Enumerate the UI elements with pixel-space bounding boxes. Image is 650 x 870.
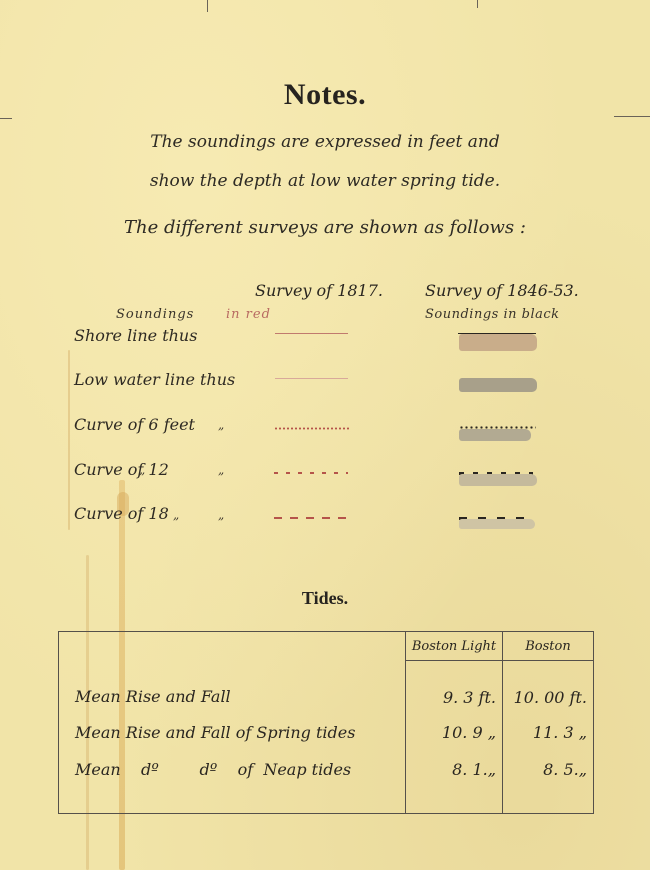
soundings-1817-note: in red (226, 307, 271, 322)
tides-value-boston-light: 10. 9 „ (406, 717, 503, 747)
soundings-1846-note: Soundings in black (425, 307, 560, 322)
ditto-mark: „ (173, 508, 179, 522)
ditto-mark: „ (139, 463, 145, 477)
ditto-mark: „ (218, 508, 224, 522)
table-row: Mean dº dº of Neap tides 8. 1.„ 8. 5.„ (59, 747, 594, 813)
tides-header-blank (59, 632, 406, 661)
tides-value-boston: 11. 3 „ (503, 717, 594, 747)
margin-tick-top-right (477, 0, 478, 8)
soundings-label: Soundings (116, 307, 194, 322)
legend-label-curve-12: Curve of 12 (74, 460, 169, 479)
legend-1846-low-water-wash (459, 378, 537, 392)
legend-label-shore-line: Shore line thus (74, 326, 197, 345)
legend-1817-curve-6 (274, 427, 350, 430)
legend-label-curve-6: Curve of 6 feet (74, 415, 195, 434)
intro-line-2: show the depth at low water spring tide. (0, 171, 650, 191)
notes-title: Notes. (0, 78, 650, 112)
table-row: Mean Rise and Fall of Spring tides 10. 9… (59, 717, 594, 747)
tides-value-boston: 10. 00 ft. (503, 661, 594, 718)
margin-tick-top-left (207, 0, 208, 12)
water-stain (68, 350, 70, 530)
legend-1846-shore-wash (459, 334, 537, 351)
tides-value-boston-light: 9. 3 ft. (406, 661, 503, 718)
column-header-survey-1817: Survey of 1817. (255, 281, 383, 300)
ditto-mark: „ (218, 418, 224, 432)
intro-line-3: The different surveys are shown as follo… (0, 217, 650, 238)
tides-title: Tides. (0, 588, 650, 609)
tides-header-row: Boston Light Boston (59, 632, 594, 661)
tides-row-label: Mean Rise and Fall of Spring tides (59, 717, 406, 747)
margin-tick-right (614, 116, 650, 117)
column-header-survey-1846: Survey of 1846-53. (425, 281, 579, 300)
legend-label-low-water-line: Low water line thus (74, 370, 235, 389)
tides-header-boston-light: Boston Light (406, 632, 503, 661)
legend-1846-curve-18-wash (459, 519, 535, 529)
intro-line-1: The soundings are expressed in feet and (0, 132, 650, 152)
tides-value-boston: 8. 5.„ (503, 747, 594, 813)
legend-1817-curve-18 (274, 517, 348, 519)
tides-table: Boston Light Boston Mean Rise and Fall 9… (58, 631, 594, 814)
tides-row-label: Mean dº dº of Neap tides (59, 747, 406, 813)
legend-label-curve-18: Curve of 18 (74, 504, 169, 523)
legend-1817-curve-12 (274, 472, 348, 474)
ditto-mark: „ (218, 463, 224, 477)
legend-1846-curve-6-wash (459, 429, 531, 441)
table-row: Mean Rise and Fall 9. 3 ft. 10. 00 ft. (59, 661, 594, 718)
legend-1846-curve-12-wash (459, 474, 537, 486)
legend-1817-shore-line (275, 333, 348, 334)
margin-tick-left (0, 118, 12, 119)
tides-value-boston-light: 8. 1.„ (406, 747, 503, 813)
tides-header-boston: Boston (503, 632, 594, 661)
legend-1817-low-water-line (275, 378, 348, 379)
tides-row-label: Mean Rise and Fall (59, 661, 406, 718)
